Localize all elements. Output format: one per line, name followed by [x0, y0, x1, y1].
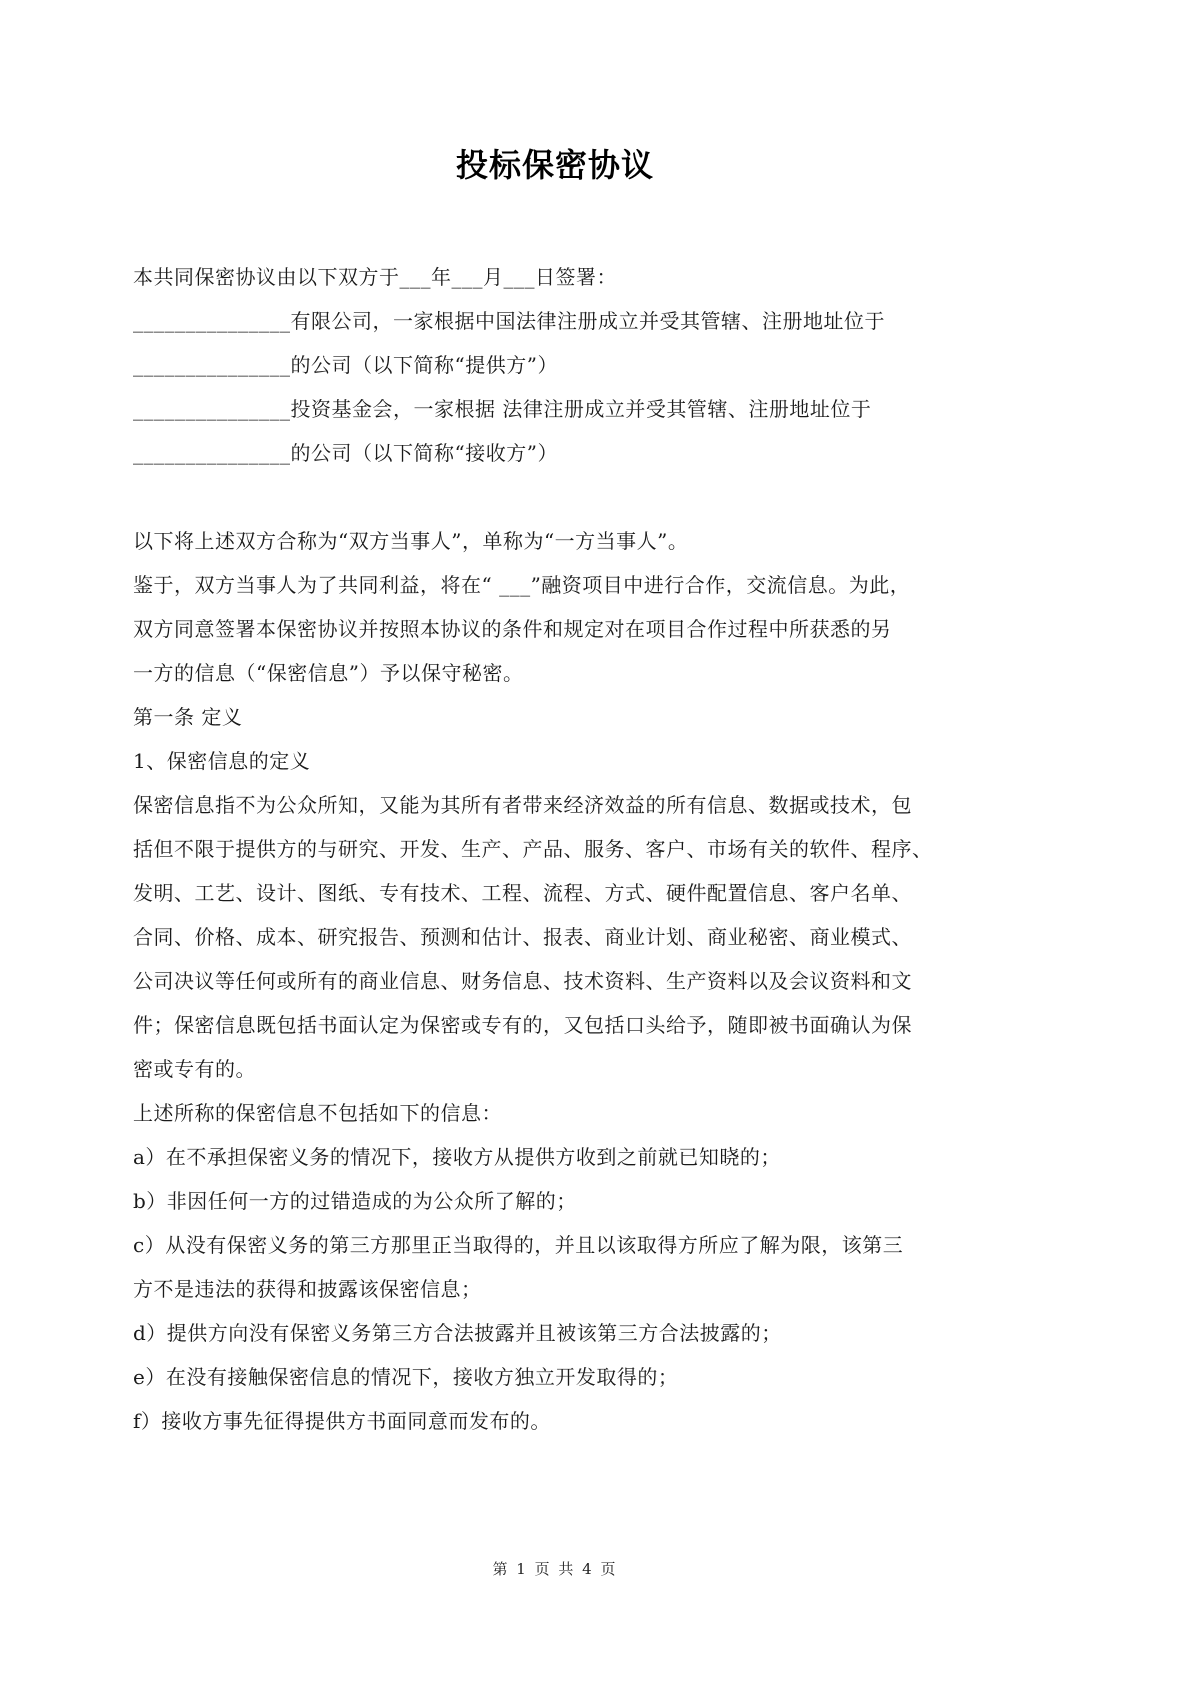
document-page: 投标保密协议 本共同保密协议由以下双方于___年___月___日签署：_____… — [0, 0, 1190, 1683]
body-line: 发明、工艺、设计、图纸、专有技术、工程、流程、方式、硬件配置信息、客户名单、 — [133, 879, 983, 907]
body-line: 括但不限于提供方的与研究、开发、生产、产品、服务、客户、市场有关的软件、程序、 — [133, 835, 983, 863]
body-line: 密或专有的。 — [133, 1055, 983, 1083]
body-line: c）从没有保密义务的第三方那里正当取得的，并且以该取得方所应了解为限，该第三 — [133, 1231, 983, 1259]
body-line: _______________有限公司，一家根据中国法律注册成立并受其管辖、注册… — [133, 307, 983, 335]
body-line: _______________的公司（以下简称“接收方”） — [133, 439, 983, 467]
body-line: a）在不承担保密义务的情况下，接收方从提供方收到之前就已知晓的； — [133, 1143, 983, 1171]
body-line: 件；保密信息既包括书面认定为保密或专有的，又包括口头给予，随即被书面确认为保 — [133, 1011, 983, 1039]
body-line: 方不是违法的获得和披露该保密信息； — [133, 1275, 983, 1303]
body-line: 鉴于，双方当事人为了共同利益，将在“ ___”融资项目中进行合作，交流信息。为此… — [133, 571, 983, 599]
body-line: 第一条 定义 — [133, 703, 983, 731]
body-line: f）接收方事先征得提供方书面同意而发布的。 — [133, 1407, 983, 1435]
body-line: 公司决议等任何或所有的商业信息、财务信息、技术资料、生产资料以及会议资料和文 — [133, 967, 983, 995]
body-line: b）非因任何一方的过错造成的为公众所了解的； — [133, 1187, 983, 1215]
body-line: 双方同意签署本保密协议并按照本协议的条件和规定对在项目合作过程中所获悉的另 — [133, 615, 983, 643]
body-line: 以下将上述双方合称为“双方当事人”，单称为“一方当事人”。 — [133, 527, 983, 555]
body-line: 合同、价格、成本、研究报告、预测和估计、报表、商业计划、商业秘密、商业模式、 — [133, 923, 983, 951]
document-title: 投标保密协议 — [0, 140, 1110, 186]
body-line: 1、保密信息的定义 — [133, 747, 983, 775]
body-line: 上述所称的保密信息不包括如下的信息： — [133, 1099, 983, 1127]
body-line: 保密信息指不为公众所知，又能为其所有者带来经济效益的所有信息、数据或技术，包 — [133, 791, 983, 819]
page-footer: 第 1 页 共 4 页 — [0, 1558, 1110, 1579]
body-line: d）提供方向没有保密义务第三方合法披露并且被该第三方合法披露的； — [133, 1319, 983, 1347]
body-line: _______________的公司（以下简称“提供方”） — [133, 351, 983, 379]
body-line: _______________投资基金会，一家根据 法律注册成立并受其管辖、注册… — [133, 395, 983, 423]
body-line: 本共同保密协议由以下双方于___年___月___日签署： — [133, 263, 983, 291]
body-line: 一方的信息（“保密信息”）予以保守秘密。 — [133, 659, 983, 687]
body-line: e）在没有接触保密信息的情况下，接收方独立开发取得的； — [133, 1363, 983, 1391]
